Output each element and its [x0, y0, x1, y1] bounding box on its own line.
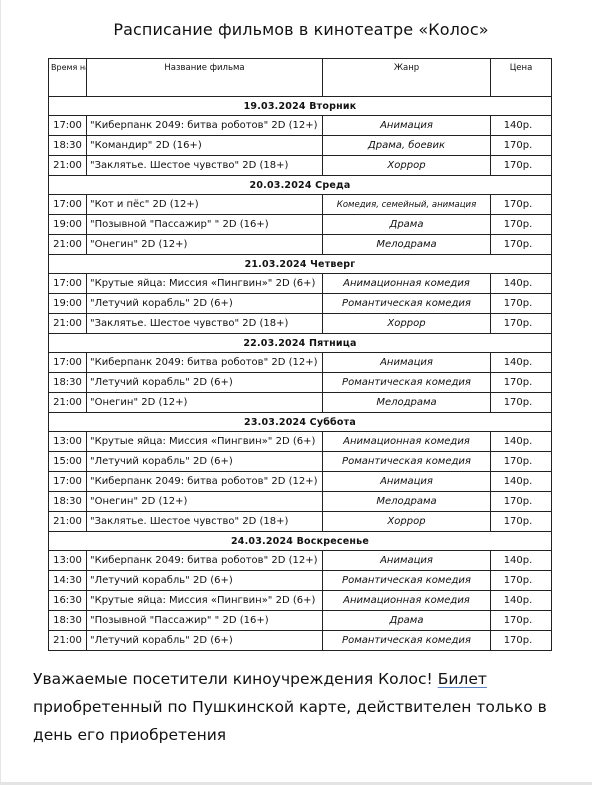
session-title: "Летучий корабль" 2D (6+): [87, 373, 323, 393]
session-genre: Романтическая комедия: [323, 373, 491, 393]
table-header-row: Время начала Название фильма Жанр Цена: [49, 59, 552, 97]
session-genre: Романтическая комедия: [323, 294, 491, 314]
session-time: 17:00: [49, 195, 87, 215]
session-price: 170р.: [491, 373, 552, 393]
session-title: "Киберпанк 2049: битва роботов" 2D (12+): [87, 472, 323, 492]
table-row: 15:00"Летучий корабль" 2D (6+)Романтичес…: [49, 452, 552, 472]
day-header-row: 19.03.2024 Вторник: [49, 97, 552, 116]
table-row: 13:00"Крутые яйца: Миссия «Пингвин»" 2D …: [49, 432, 552, 452]
session-price: 170р.: [491, 571, 552, 591]
session-time: 19:00: [49, 294, 87, 314]
day-header-row: 23.03.2024 Суббота: [49, 413, 552, 432]
header-genre: Жанр: [323, 59, 491, 97]
session-title: "Крутые яйца: Миссия «Пингвин»" 2D (6+): [87, 591, 323, 611]
session-genre: Анимационная комедия: [323, 591, 491, 611]
session-price: 170р.: [491, 195, 552, 215]
table-row: 13:00"Киберпанк 2049: битва роботов" 2D …: [49, 551, 552, 571]
session-title: "Крутые яйца: Миссия «Пингвин»" 2D (6+): [87, 274, 323, 294]
session-genre: Мелодрама: [323, 492, 491, 512]
session-price: 170р.: [491, 235, 552, 255]
schedule-body: 19.03.2024 Вторник17:00"Киберпанк 2049: …: [49, 97, 552, 651]
day-header-row: 24.03.2024 Воскресенье: [49, 532, 552, 551]
day-header-row: 21.03.2024 Четверг: [49, 255, 552, 274]
notice-text-start: Уважаемые посетители киноучреждения Коло…: [33, 670, 438, 688]
day-date: 19.03.2024 Вторник: [49, 97, 552, 116]
session-price: 140р.: [491, 551, 552, 571]
session-time: 17:00: [49, 353, 87, 373]
session-time: 19:00: [49, 215, 87, 235]
session-title: "Киберпанк 2049: битва роботов" 2D (12+): [87, 551, 323, 571]
schedule-table: Время начала Название фильма Жанр Цена 1…: [48, 58, 552, 651]
table-row: 21:00"Заклятье. Шестое чувство" 2D (18+)…: [49, 156, 552, 176]
session-title: "Летучий корабль" 2D (6+): [87, 571, 323, 591]
session-price: 170р.: [491, 393, 552, 413]
day-date: 20.03.2024 Среда: [49, 176, 552, 195]
session-genre: Анимационная комедия: [323, 274, 491, 294]
session-price: 140р.: [491, 353, 552, 373]
session-genre: Анимация: [323, 353, 491, 373]
session-time: 13:00: [49, 551, 87, 571]
session-price: 140р.: [491, 591, 552, 611]
session-time: 21:00: [49, 393, 87, 413]
session-time: 18:30: [49, 611, 87, 631]
session-genre: Хоррор: [323, 512, 491, 532]
table-row: 21:00"Заклятье. Шестое чувство" 2D (18+)…: [49, 314, 552, 334]
session-title: "Крутые яйца: Миссия «Пингвин»" 2D (6+): [87, 432, 323, 452]
session-price: 170р.: [491, 611, 552, 631]
notice-ticket-word: Билет: [438, 670, 487, 688]
table-row: 21:00"Заклятье. Шестое чувство" 2D (18+)…: [49, 512, 552, 532]
session-price: 170р.: [491, 215, 552, 235]
header-title: Название фильма: [87, 59, 323, 97]
session-time: 21:00: [49, 314, 87, 334]
table-row: 19:00"Летучий корабль" 2D (6+)Романтичес…: [49, 294, 552, 314]
session-genre: Хоррор: [323, 314, 491, 334]
header-price: Цена: [491, 59, 552, 97]
session-title: "Онегин" 2D (12+): [87, 492, 323, 512]
session-title: "Летучий корабль" 2D (6+): [87, 631, 323, 651]
table-row: 14:30"Летучий корабль" 2D (6+)Романтичес…: [49, 571, 552, 591]
notice-text-end: приобретенный по Пушкинской карте, дейст…: [33, 698, 547, 744]
session-title: "Заклятье. Шестое чувство" 2D (18+): [87, 314, 323, 334]
table-row: 17:00"Киберпанк 2049: битва роботов" 2D …: [49, 353, 552, 373]
session-genre: Мелодрама: [323, 393, 491, 413]
session-time: 21:00: [49, 156, 87, 176]
session-title: "Летучий корабль" 2D (6+): [87, 294, 323, 314]
table-row: 17:00"Киберпанк 2049: битва роботов" 2D …: [49, 116, 552, 136]
session-time: 14:30: [49, 571, 87, 591]
table-row: 18:30"Командир" 2D (16+)Драма, боевик170…: [49, 136, 552, 156]
session-genre: Драма: [323, 215, 491, 235]
session-time: 17:00: [49, 274, 87, 294]
table-row: 21:00"Летучий корабль" 2D (6+)Романтичес…: [49, 631, 552, 651]
session-title: "Кот и пёс" 2D (12+): [87, 195, 323, 215]
table-row: 21:00"Онегин" 2D (12+)Мелодрама170р.: [49, 235, 552, 255]
table-row: 17:00"Киберпанк 2049: битва роботов" 2D …: [49, 472, 552, 492]
session-price: 140р.: [491, 472, 552, 492]
table-row: 17:00"Крутые яйца: Миссия «Пингвин»" 2D …: [49, 274, 552, 294]
session-price: 170р.: [491, 156, 552, 176]
session-price: 170р.: [491, 492, 552, 512]
session-price: 170р.: [491, 512, 552, 532]
session-title: "Позывной "Пассажир" " 2D (16+): [87, 215, 323, 235]
session-genre: Анимация: [323, 116, 491, 136]
session-genre: Анимация: [323, 551, 491, 571]
session-time: 16:30: [49, 591, 87, 611]
session-price: 140р.: [491, 116, 552, 136]
table-row: 18:30"Позывной "Пассажир" " 2D (16+)Драм…: [49, 611, 552, 631]
day-date: 23.03.2024 Суббота: [49, 413, 552, 432]
session-genre: Комедия, семейный, анимация: [323, 195, 491, 215]
session-genre: Драма, боевик: [323, 136, 491, 156]
session-genre: Хоррор: [323, 156, 491, 176]
session-genre: Драма: [323, 611, 491, 631]
session-time: 13:00: [49, 432, 87, 452]
session-title: "Позывной "Пассажир" " 2D (16+): [87, 611, 323, 631]
table-row: 16:30"Крутые яйца: Миссия «Пингвин»" 2D …: [49, 591, 552, 611]
session-price: 140р.: [491, 274, 552, 294]
session-price: 170р.: [491, 314, 552, 334]
session-time: 21:00: [49, 235, 87, 255]
session-genre: Романтическая комедия: [323, 452, 491, 472]
day-date: 21.03.2024 Четверг: [49, 255, 552, 274]
document-title: Расписание фильмов в кинотеатре «Колос»: [0, 20, 592, 39]
session-price: 170р.: [491, 452, 552, 472]
session-genre: Романтическая комедия: [323, 631, 491, 651]
page-edge: [0, 0, 1, 783]
day-date: 24.03.2024 Воскресенье: [49, 532, 552, 551]
table-row: 21:00"Онегин" 2D (12+)Мелодрама170р.: [49, 393, 552, 413]
session-title: "Киберпанк 2049: битва роботов" 2D (12+): [87, 116, 323, 136]
day-header-row: 22.03.2024 Пятница: [49, 334, 552, 353]
session-title: "Заклятье. Шестое чувство" 2D (18+): [87, 512, 323, 532]
session-genre: Анимационная комедия: [323, 432, 491, 452]
session-time: 17:00: [49, 472, 87, 492]
session-genre: Анимация: [323, 472, 491, 492]
session-time: 21:00: [49, 631, 87, 651]
table-row: 17:00"Кот и пёс" 2D (12+)Комедия, семейн…: [49, 195, 552, 215]
session-genre: Романтическая комедия: [323, 571, 491, 591]
session-time: 18:30: [49, 373, 87, 393]
session-price: 170р.: [491, 631, 552, 651]
session-title: "Командир" 2D (16+): [87, 136, 323, 156]
session-title: "Онегин" 2D (12+): [87, 235, 323, 255]
session-time: 21:00: [49, 512, 87, 532]
table-row: 18:30"Онегин" 2D (12+)Мелодрама170р.: [49, 492, 552, 512]
session-title: "Заклятье. Шестое чувство" 2D (18+): [87, 156, 323, 176]
session-time: 18:30: [49, 136, 87, 156]
session-title: "Киберпанк 2049: битва роботов" 2D (12+): [87, 353, 323, 373]
session-price: 170р.: [491, 136, 552, 156]
session-price: 170р.: [491, 294, 552, 314]
session-time: 17:00: [49, 116, 87, 136]
session-genre: Мелодрама: [323, 235, 491, 255]
session-title: "Онегин" 2D (12+): [87, 393, 323, 413]
header-time: Время начала: [49, 59, 87, 97]
session-title: "Летучий корабль" 2D (6+): [87, 452, 323, 472]
day-header-row: 20.03.2024 Среда: [49, 176, 552, 195]
session-time: 15:00: [49, 452, 87, 472]
session-time: 18:30: [49, 492, 87, 512]
table-row: 18:30"Летучий корабль" 2D (6+)Романтичес…: [49, 373, 552, 393]
table-row: 19:00"Позывной "Пассажир" " 2D (16+)Драм…: [49, 215, 552, 235]
day-date: 22.03.2024 Пятница: [49, 334, 552, 353]
session-price: 140р.: [491, 432, 552, 452]
pushkin-card-notice: Уважаемые посетители киноучреждения Коло…: [33, 665, 573, 749]
